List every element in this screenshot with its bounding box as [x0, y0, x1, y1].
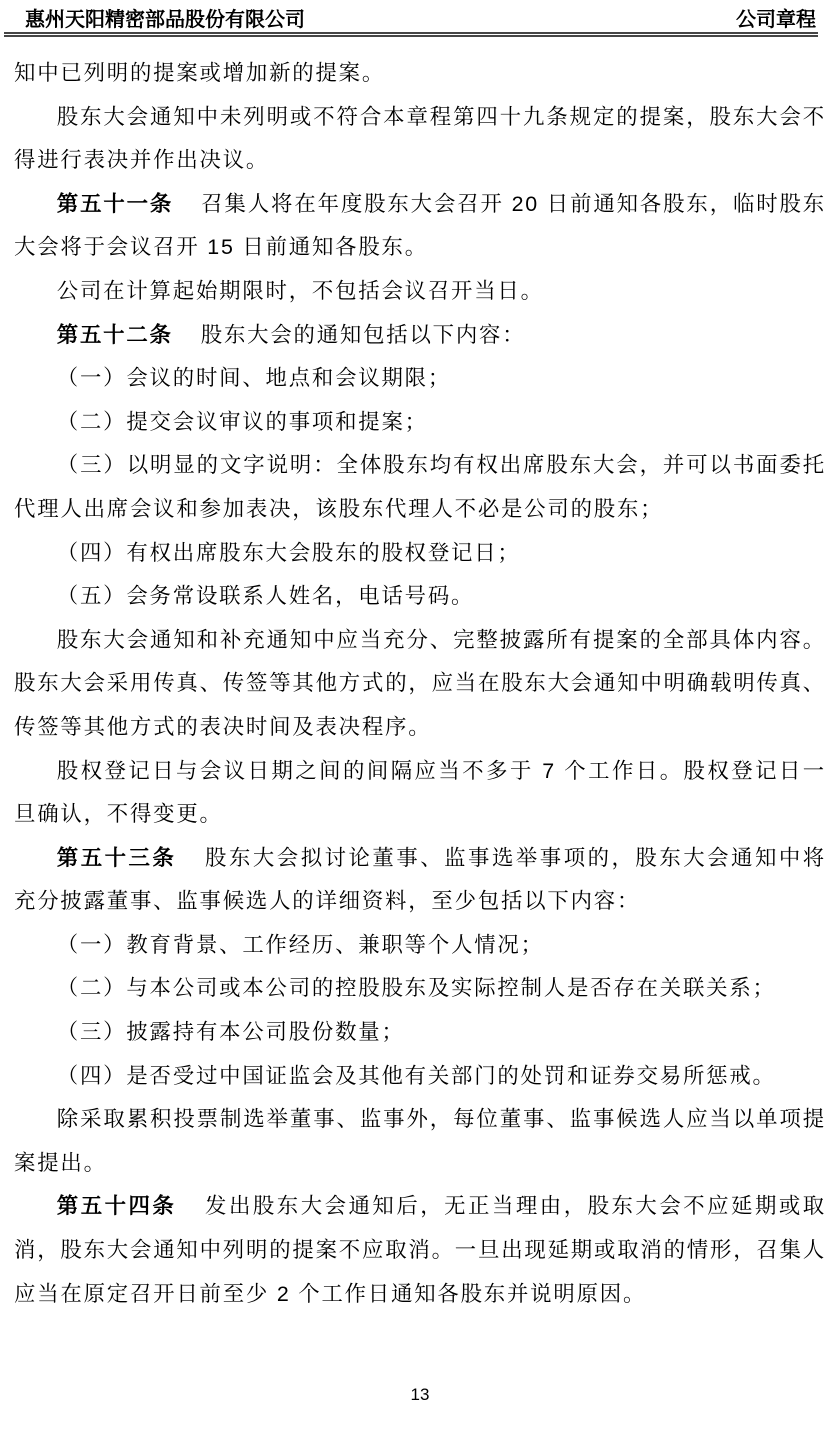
list-item-52-2: （二）提交会议审议的事项和提案；: [14, 401, 826, 445]
article-52-text: 股东大会的通知包括以下内容：: [201, 323, 526, 347]
list-item-52-3: （三）以明显的文字说明：全体股东均有权出席股东大会，并可以书面委托代理人出席会议…: [14, 444, 826, 531]
article-51: 第五十一条召集人将在年度股东大会召开 20 日前通知各股东，临时股东大会将于会议…: [14, 183, 826, 270]
para-unlisted-proposals: 股东大会通知中未列明或不符合本章程第四十九条规定的提案，股东大会不得进行表决并作…: [14, 96, 826, 183]
list-item-52-1: （一）会议的时间、地点和会议期限；: [14, 357, 826, 401]
para-record-date-rule: 股权登记日与会议日期之间的间隔应当不多于 7 个工作日。股权登记日一旦确认，不得…: [14, 750, 826, 837]
company-name: 惠州天阳精密部品股份有限公司: [25, 9, 305, 31]
list-item-53-4: （四）是否受过中国证监会及其他有关部门的处罚和证券交易所惩戒。: [14, 1055, 826, 1099]
para-disclosure-requirements: 股东大会通知和补充通知中应当充分、完整披露所有提案的全部具体内容。股东大会采用传…: [14, 619, 826, 750]
article-54: 第五十四条发出股东大会通知后，无正当理由，股东大会不应延期或取消，股东大会通知中…: [14, 1185, 826, 1316]
article-51-label: 第五十一条: [57, 192, 173, 216]
para-continuation: 知中已列明的提案或增加新的提案。: [14, 52, 826, 96]
document-body: 知中已列明的提案或增加新的提案。 股东大会通知中未列明或不符合本章程第四十九条规…: [14, 52, 826, 1316]
list-item-53-2: （二）与本公司或本公司的控股股东及实际控制人是否存在关联关系；: [14, 967, 826, 1011]
article-53-label: 第五十三条: [57, 846, 177, 870]
document-page: 惠州天阳精密部品股份有限公司 公司章程 知中已列明的提案或增加新的提案。 股东大…: [0, 0, 840, 1430]
list-item-53-3: （三）披露持有本公司股份数量；: [14, 1011, 826, 1055]
para-single-proposal-rule: 除采取累积投票制选举董事、监事外，每位董事、监事候选人应当以单项提案提出。: [14, 1098, 826, 1185]
page-number: 13: [411, 1385, 430, 1404]
document-title: 公司章程: [736, 9, 816, 31]
article-53: 第五十三条股东大会拟讨论董事、监事选举事项的，股东大会通知中将充分披露董事、监事…: [14, 837, 826, 924]
page-header-row: 惠州天阳精密部品股份有限公司 公司章程: [4, 9, 818, 31]
page-footer: 13: [0, 1384, 840, 1406]
list-item-53-1: （一）教育背景、工作经历、兼职等个人情况；: [14, 924, 826, 968]
page-header: 惠州天阳精密部品股份有限公司 公司章程: [4, 0, 818, 37]
para-start-date-rule: 公司在计算起始期限时，不包括会议召开当日。: [14, 270, 826, 314]
list-item-52-4: （四）有权出席股东大会股东的股权登记日；: [14, 532, 826, 576]
article-52-label: 第五十二条: [57, 323, 173, 347]
list-item-52-5: （五）会务常设联系人姓名，电话号码。: [14, 575, 826, 619]
article-54-label: 第五十四条: [57, 1194, 177, 1218]
article-52: 第五十二条股东大会的通知包括以下内容：: [14, 314, 826, 358]
